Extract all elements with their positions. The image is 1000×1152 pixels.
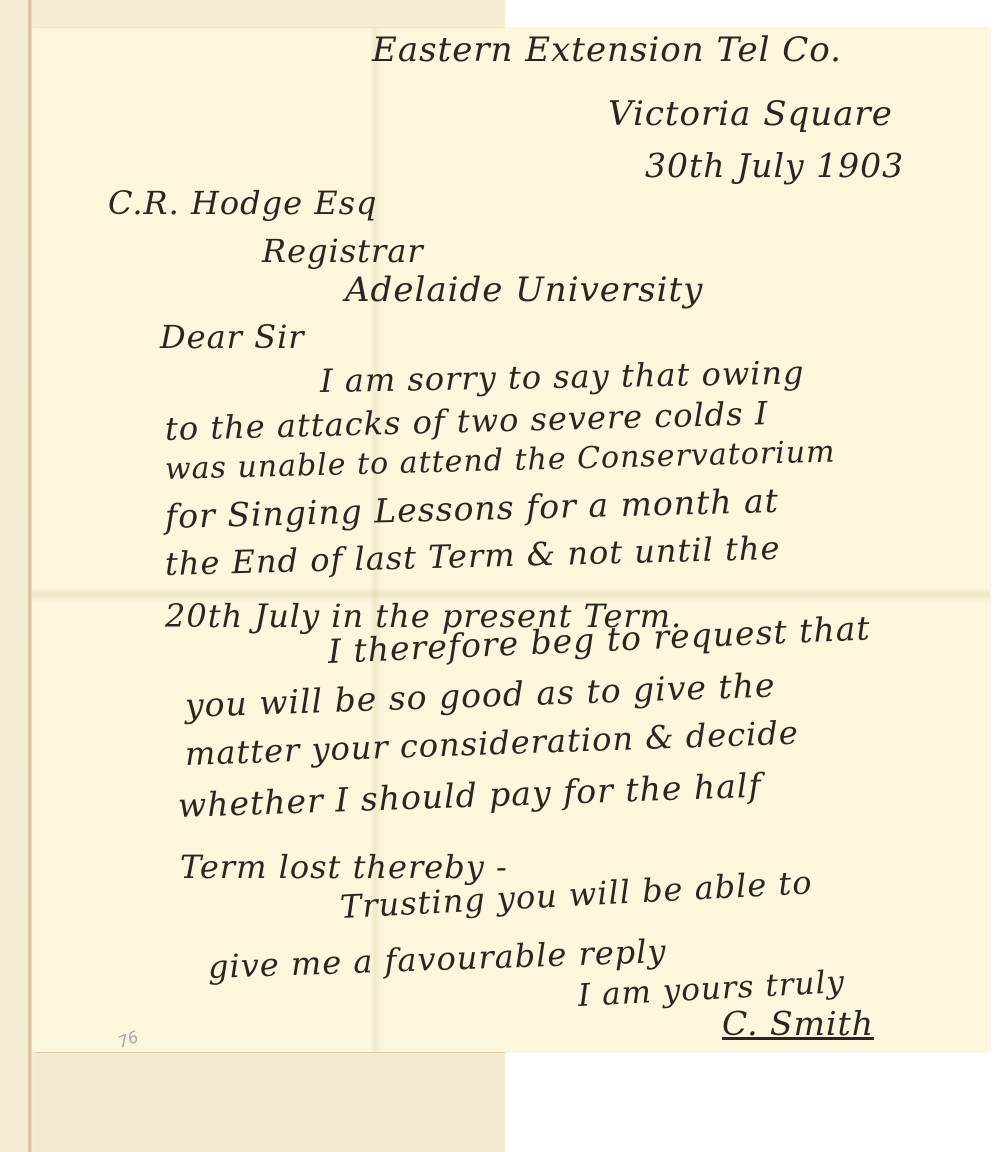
- recipient-name: C.R. Hodge Esq: [108, 184, 377, 222]
- recipient-title: Registrar: [262, 232, 424, 270]
- letter-date: 30th July 1903: [645, 146, 904, 185]
- salutation: Dear Sir: [160, 318, 305, 356]
- underlying-sheet-lower: [35, 1052, 505, 1152]
- body-line: Term lost thereby -: [180, 848, 508, 886]
- letterhead-address: Victoria Square: [608, 94, 893, 134]
- recipient-institution: Adelaide University: [345, 270, 703, 310]
- signature: C. Smith: [722, 1004, 874, 1043]
- letterhead-company: Eastern Extension Tel Co.: [372, 30, 842, 70]
